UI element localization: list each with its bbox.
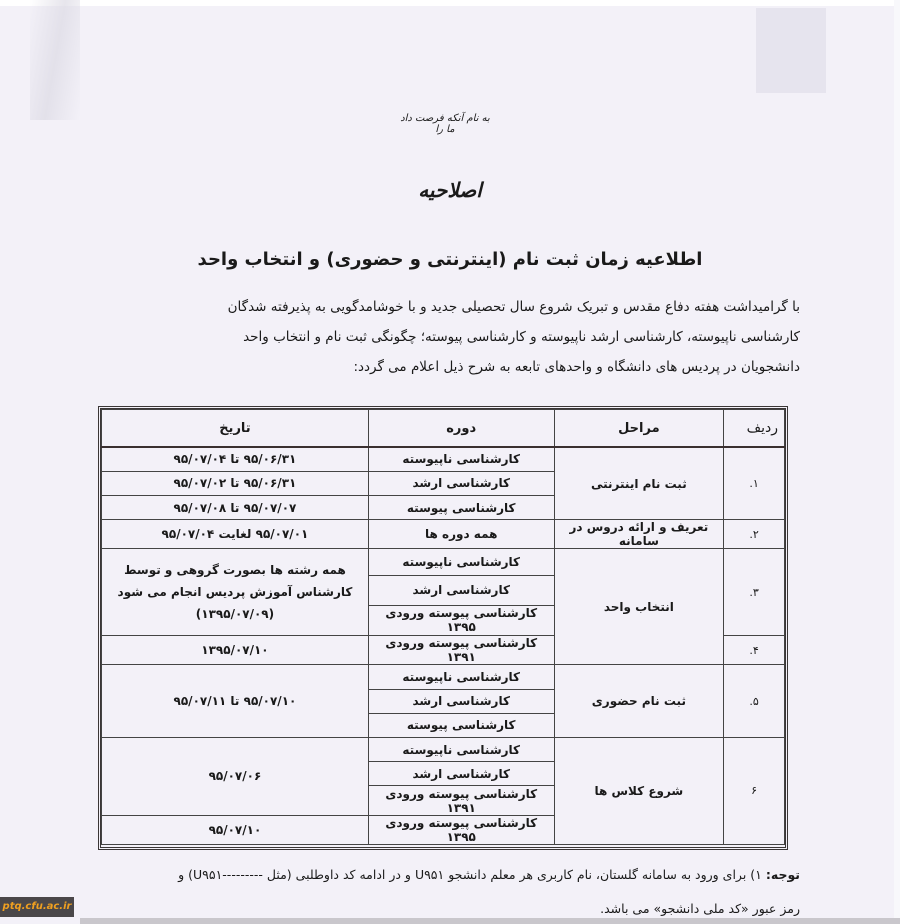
stage-cell: ثبت نام حضوری	[554, 665, 724, 738]
header-date: تاریخ	[102, 410, 369, 448]
scan-shadow	[756, 8, 826, 93]
stage-cell: انتخاب واحد	[554, 549, 724, 665]
date-cell: ۹۵/۰۶/۳۱ تا ۹۵/۰۷/۰۲	[102, 471, 369, 495]
header-row-number: ردیف	[724, 410, 785, 448]
course-cell: کارشناسی ارشد	[368, 575, 554, 605]
table-row: ۱. ثبت نام اینترنتی کارشناسی ناپیوسته ۹۵…	[102, 447, 785, 471]
date-cell: ۹۵/۰۷/۱۰	[102, 815, 369, 844]
date-cell: ۹۵/۰۷/۰۱ لغایت ۹۵/۰۷/۰۴	[102, 520, 369, 549]
table-row: ۲. تعریف و ارائه دروس در سامانه همه دوره…	[102, 520, 785, 549]
intro-line: دانشجویان در پردیس های دانشگاه و واحدهای…	[88, 352, 800, 382]
table-header-row: ردیف مراحل دوره تاریخ	[102, 410, 785, 448]
row-number: ۶	[724, 737, 785, 844]
stage-cell: شروع کلاس ها	[554, 737, 724, 844]
intro-line: کارشناسی ناپیوسته، کارشناسی ارشد ناپیوست…	[88, 322, 800, 352]
row-number: ۳.	[724, 549, 785, 636]
row-number: ۴.	[724, 636, 785, 665]
date-cell: ۹۵/۰۶/۳۱ تا ۹۵/۰۷/۰۴	[102, 447, 369, 471]
date-cell: ۹۵/۰۷/۱۰ تا ۹۵/۰۷/۱۱	[102, 665, 369, 738]
blessing-header: به نام آنکه فرصت داد ما را	[395, 113, 495, 135]
note-section: توجه: ۱) برای ورود به سامانه گلستان، نام…	[88, 858, 800, 924]
course-cell: کارشناسی پیوسته ورودی ۱۳۹۵	[368, 815, 554, 844]
course-cell: کارشناسی پیوسته	[368, 713, 554, 737]
note-text: ۱) برای ورود به سامانه گلستان، نام کاربر…	[178, 867, 762, 882]
scan-edge-right	[894, 0, 900, 924]
course-cell: کارشناسی ارشد	[368, 471, 554, 495]
header-stage: مراحل	[554, 410, 724, 448]
date-cell: همه رشته ها بصورت گروهی و توسط کارشناس آ…	[102, 549, 369, 636]
date-cell: ۹۵/۰۷/۰۶	[102, 737, 369, 815]
note-label: توجه:	[766, 867, 800, 882]
course-cell: کارشناسی پیوسته	[368, 495, 554, 519]
row-number: ۱.	[724, 447, 785, 520]
course-cell: کارشناسی ارشد	[368, 762, 554, 786]
note-line: توجه: ۱) برای ورود به سامانه گلستان، نام…	[88, 858, 800, 892]
table-row: ۶ شروع کلاس ها کارشناسی ناپیوسته ۹۵/۰۷/۰…	[102, 737, 785, 761]
date-cell: ۱۳۹۵/۰۷/۱۰	[102, 636, 369, 665]
scan-edge-top	[0, 0, 900, 6]
row-number: ۵.	[724, 665, 785, 738]
course-cell: کارشناسی ناپیوسته	[368, 665, 554, 689]
table-row: ۳. انتخاب واحد کارشناسی ناپیوسته همه رشت…	[102, 549, 785, 575]
stage-cell: تعریف و ارائه دروس در سامانه	[554, 520, 724, 549]
row-number: ۲.	[724, 520, 785, 549]
course-cell: کارشناسی ناپیوسته	[368, 737, 554, 761]
intro-paragraph: با گرامیداشت هفته دفاع مقدس و تبریک شروع…	[88, 292, 800, 382]
intro-line: با گرامیداشت هفته دفاع مقدس و تبریک شروع…	[88, 292, 800, 322]
schedule-table: ردیف مراحل دوره تاریخ ۱. ثبت نام اینترنت…	[101, 409, 785, 845]
header-course: دوره	[368, 410, 554, 448]
stage-cell: ثبت نام اینترنتی	[554, 447, 724, 520]
scan-edge-bottom	[80, 918, 900, 924]
date-cell: ۹۵/۰۷/۰۷ تا ۹۵/۰۷/۰۸	[102, 495, 369, 519]
course-cell: کارشناسی ناپیوسته	[368, 447, 554, 471]
course-cell: کارشناسی پیوسته ورودی ۱۳۹۵	[368, 605, 554, 635]
course-cell: کارشناسی ناپیوسته	[368, 549, 554, 575]
course-cell: کارشناسی پیوسته ورودی ۱۳۹۱	[368, 636, 554, 665]
course-cell: همه دوره ها	[368, 520, 554, 549]
site-watermark: ptq.cfu.ac.ir	[0, 897, 74, 917]
course-cell: کارشناسی ارشد	[368, 689, 554, 713]
table-row: ۵. ثبت نام حضوری کارشناسی ناپیوسته ۹۵/۰۷…	[102, 665, 785, 689]
scan-shadow	[30, 0, 80, 120]
page-title: اطلاعیه زمان ثبت نام (اینترنتی و حضوری) …	[180, 249, 720, 270]
amendment-label: اصلاحیه	[400, 178, 500, 202]
course-cell: کارشناسی پیوسته ورودی ۱۳۹۱	[368, 786, 554, 815]
scanned-page: به نام آنکه فرصت داد ما را اصلاحیه اطلاع…	[0, 0, 900, 924]
